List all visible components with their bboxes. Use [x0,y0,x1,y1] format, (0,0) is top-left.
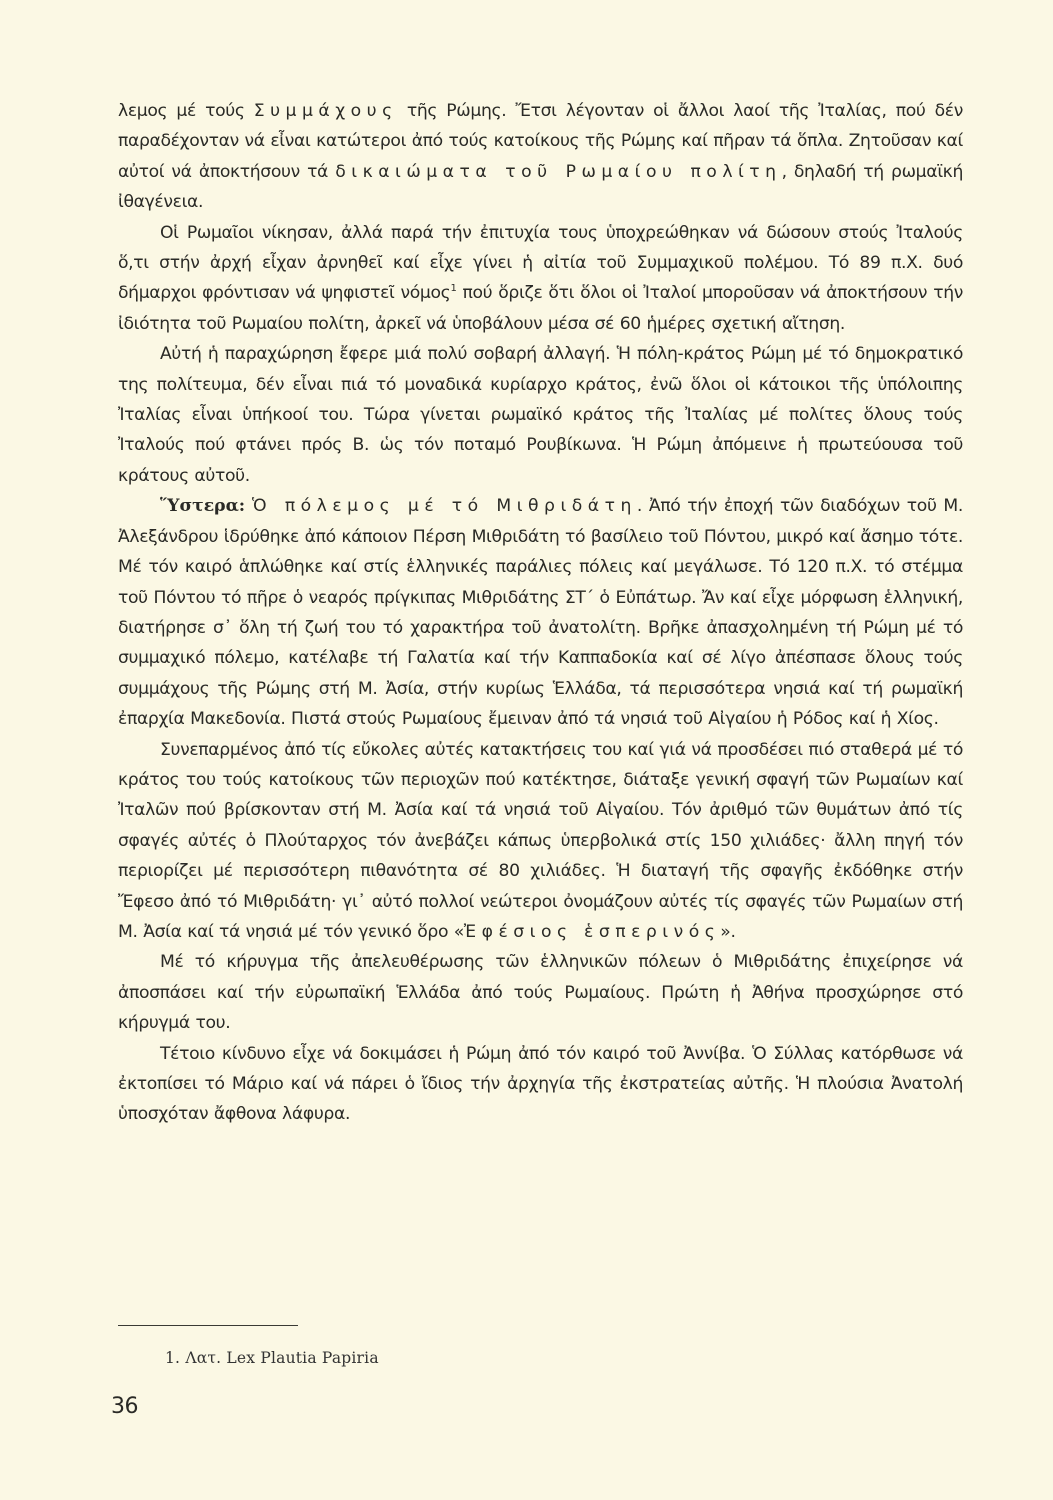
text-run: . Ἀπό τήν ἐποχή τῶν διαδόχων τοῦ Μ. Ἀλεξ… [118,496,963,729]
page-body: λεμος μέ τούς Συμμάχους τῆς Ρώμης. Ἔτσι … [118,96,963,1130]
paragraph: Τέτοιο κίνδυνο εἶχε νά δοκιμάσει ἡ Ρώμη … [118,1039,963,1130]
paragraph: Συνεπαρμένος ἀπό τίς εὔκολες αὐτές κατακ… [118,735,963,948]
text-run: Συνεπαρμένος ἀπό τίς εὔκολες αὐτές κατακ… [118,740,963,942]
page-number: 36 [111,1394,138,1419]
section-lead: Ὕστερα: [160,496,245,516]
emphasized-term: Ἐφέσιος ἑσπερινός [464,922,720,942]
text-run: Αὐτή ἡ παραχώρηση ἔφερε μιά πολύ σοβαρή … [118,344,963,486]
paragraph: Αὐτή ἡ παραχώρηση ἔφερε μιά πολύ σοβαρή … [118,339,963,491]
paragraph: λεμος μέ τούς Συμμάχους τῆς Ρώμης. Ἔτσι … [118,96,963,218]
text-run [245,496,252,516]
footnote: 1. Λατ. Lex Plautia Papiria [165,1349,379,1367]
text-run: λεμος μέ τούς [118,101,254,121]
emphasized-term: δικαιώματα τοῦ Ρωμαίου πολίτη [335,162,781,182]
emphasized-term: Συμμάχους [254,101,398,121]
paragraph: Ὕστερα: Ὁ πόλεμος μέ τό Μιθριδάτη. Ἀπό τ… [118,491,963,734]
footnote-divider [118,1325,298,1326]
section-heading: Ὁ πόλεμος μέ τό Μιθριδάτη [252,496,637,516]
paragraph: Μέ τό κήρυγμα τῆς ἀπελευθέρωσης τῶν ἑλλη… [118,947,963,1038]
paragraph: Οἱ Ρωμαῖοι νίκησαν, ἀλλά παρά τήν ἐπιτυχ… [118,218,963,340]
text-run: Τέτοιο κίνδυνο εἶχε νά δοκιμάσει ἡ Ρώμη … [118,1044,963,1125]
text-run: Μέ τό κήρυγμα τῆς ἀπελευθέρωσης τῶν ἑλλη… [118,952,963,1033]
text-run: ». [720,922,735,942]
